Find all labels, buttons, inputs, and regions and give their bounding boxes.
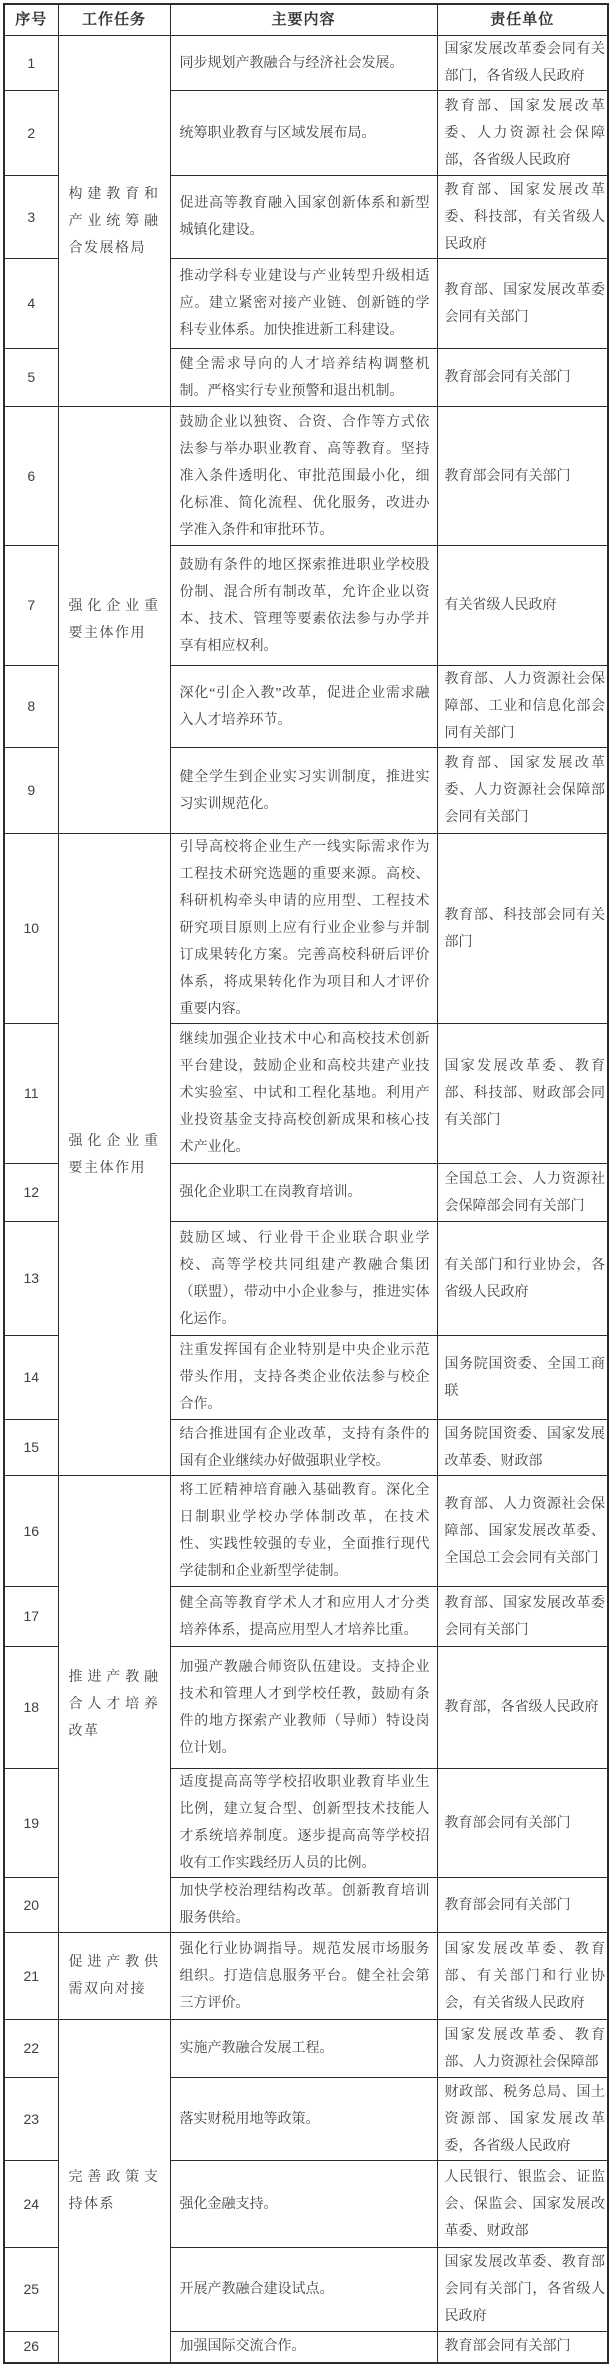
row-content: 鼓励企业以独资、合资、合作等方式依法参与举办职业教育、高等教育。坚持准入条件透明…	[170, 407, 437, 546]
row-number: 23	[4, 2078, 58, 2161]
row-content: 强化企业职工在岗教育培训。	[170, 1164, 437, 1222]
task-group-label: 强化企业重要主体作用	[58, 834, 170, 1476]
row-content: 将工匠精神培育融入基础教育。深化全日制职业学校办学体制改革，在技术性、实践性较强…	[170, 1476, 437, 1587]
header-main-content: 主要内容	[170, 4, 437, 36]
table-row: 6 强化企业重要主体作用 鼓励企业以独资、合资、合作等方式依法参与举办职业教育、…	[4, 407, 608, 546]
row-unit: 教育部、人力资源社会保障部、国家发展改革委、全国总工会会同有关部门	[437, 1476, 608, 1587]
row-number: 19	[4, 1769, 58, 1878]
row-content: 注重发挥国有企业特别是中央企业示范带头作用，支持各类企业依法参与校企合作。	[170, 1336, 437, 1420]
row-content: 健全需求导向的人才培养结构调整机制。严格实行专业预警和退出机制。	[170, 349, 437, 407]
row-number: 16	[4, 1476, 58, 1587]
row-number: 20	[4, 1878, 58, 1933]
row-unit: 教育部、人力资源社会保障部、工业和信息化部会同有关部门	[437, 666, 608, 748]
row-content: 加快学校治理结构改革。创新教育培训服务供给。	[170, 1878, 437, 1933]
row-number: 12	[4, 1164, 58, 1222]
row-content: 健全高等教育学术人才和应用人才分类培养体系，提高应用型人才培养比重。	[170, 1587, 437, 1647]
row-number: 6	[4, 407, 58, 546]
row-content: 统筹职业教育与区域发展布局。	[170, 91, 437, 176]
task-group-label: 完善政策支持体系	[58, 2020, 170, 2363]
task-group-label: 促进产教供需双向对接	[58, 1933, 170, 2020]
row-number: 14	[4, 1336, 58, 1420]
task-group-label: 构建教育和产业统筹融合发展格局	[58, 36, 170, 407]
row-number: 9	[4, 748, 58, 834]
row-number: 1	[4, 36, 58, 91]
row-number: 10	[4, 834, 58, 1024]
table-row: 10 强化企业重要主体作用 引导高校将企业生产一线实际需求作为工程技术研究选题的…	[4, 834, 608, 1024]
header-work-task: 工作任务	[58, 4, 170, 36]
row-content: 强化金融支持。	[170, 2161, 437, 2248]
row-number: 15	[4, 1420, 58, 1476]
row-unit: 国家发展改革委、教育部会同有关部门，各省级人民政府	[437, 2248, 608, 2332]
row-unit: 教育部会同有关部门	[437, 1878, 608, 1933]
row-number: 2	[4, 91, 58, 176]
row-unit: 教育部、国家发展改革委、科技部，有关省级人民政府	[437, 176, 608, 259]
row-content: 鼓励区域、行业骨干企业联合职业学校、高等学校共同组建产教融合集团（联盟），带动中…	[170, 1222, 437, 1336]
row-content: 健全学生到企业实习实训制度，推进实习实训规范化。	[170, 748, 437, 834]
row-content: 结合推进国有企业改革，支持有条件的国有企业继续办好做强职业学校。	[170, 1420, 437, 1476]
row-unit: 人民银行、银监会、证监会、保监会、国家发展改革委、财政部	[437, 2161, 608, 2248]
row-unit: 教育部、国家发展改革委会同有关部门	[437, 259, 608, 349]
task-group-label: 推进产教融合人才培养改革	[58, 1476, 170, 1933]
row-unit: 国务院国资委、全国工商联	[437, 1336, 608, 1420]
table-row: 22 完善政策支持体系 实施产教融合发展工程。 国家发展改革委、教育部、人力资源…	[4, 2020, 608, 2078]
row-content: 加强国际交流合作。	[170, 2332, 437, 2363]
row-number: 17	[4, 1587, 58, 1647]
row-number: 8	[4, 666, 58, 748]
row-content: 推动学科专业建设与产业转型升级相适应。建立紧密对接产业链、创新链的学科专业体系。…	[170, 259, 437, 349]
row-content: 促进高等教育融入国家创新体系和新型城镇化建设。	[170, 176, 437, 259]
row-unit: 国家发展改革委、教育部、有关部门和行业协会，有关省级人民政府	[437, 1933, 608, 2020]
row-number: 21	[4, 1933, 58, 2020]
row-content: 开展产教融合建设试点。	[170, 2248, 437, 2332]
row-content: 继续加强企业技术中心和高校技术创新平台建设，鼓励企业和高校共建产业技术实验室、中…	[170, 1024, 437, 1164]
row-unit: 教育部会同有关部门	[437, 349, 608, 407]
row-unit: 国家发展改革委、教育部、人力资源社会保障部	[437, 2020, 608, 2078]
row-content: 深化“引企入教”改革，促进企业需求融入人才培养环节。	[170, 666, 437, 748]
row-unit: 教育部会同有关部门	[437, 2332, 608, 2363]
row-content: 适度提高高等学校招收职业教育毕业生比例，建立复合型、创新型技术技能人才系统培养制…	[170, 1769, 437, 1878]
row-unit: 教育部、科技部会同有关部门	[437, 834, 608, 1024]
row-number: 3	[4, 176, 58, 259]
row-unit: 教育部会同有关部门	[437, 1769, 608, 1878]
row-number: 24	[4, 2161, 58, 2248]
row-unit: 教育部，各省级人民政府	[437, 1647, 608, 1769]
row-number: 25	[4, 2248, 58, 2332]
row-number: 18	[4, 1647, 58, 1769]
document-page: 序号 工作任务 主要内容 责任单位 1 构建教育和产业统筹融合发展格局 同步规划…	[0, 0, 610, 2364]
task-division-table: 序号 工作任务 主要内容 责任单位 1 构建教育和产业统筹融合发展格局 同步规划…	[3, 3, 609, 2364]
table-row: 21 促进产教供需双向对接 强化行业协调指导。规范发展市场服务组织。打造信息服务…	[4, 1933, 608, 2020]
table-header-row: 序号 工作任务 主要内容 责任单位	[4, 4, 608, 36]
row-unit: 全国总工会、人力资源社会保障部会同有关部门	[437, 1164, 608, 1222]
row-number: 5	[4, 349, 58, 407]
row-unit: 国务院国资委、国家发展改革委、财政部	[437, 1420, 608, 1476]
row-content: 实施产教融合发展工程。	[170, 2020, 437, 2078]
header-responsible-unit: 责任单位	[437, 4, 608, 36]
row-unit: 国家发展改革委、教育部、科技部、财政部会同有关部门	[437, 1024, 608, 1164]
row-number: 4	[4, 259, 58, 349]
row-content: 同步规划产教融合与经济社会发展。	[170, 36, 437, 91]
row-content: 鼓励有条件的地区探索推进职业学校股份制、混合所有制改革，允许企业以资本、技术、管…	[170, 546, 437, 666]
row-unit: 教育部、国家发展改革委会同有关部门	[437, 1587, 608, 1647]
row-unit: 教育部会同有关部门	[437, 407, 608, 546]
row-number: 11	[4, 1024, 58, 1164]
row-content: 强化行业协调指导。规范发展市场服务组织。打造信息服务平台。健全社会第三方评价。	[170, 1933, 437, 2020]
row-unit: 有关省级人民政府	[437, 546, 608, 666]
row-unit: 国家发展改革委会同有关部门，各省级人民政府	[437, 36, 608, 91]
row-number: 7	[4, 546, 58, 666]
table-row: 16 推进产教融合人才培养改革 将工匠精神培育融入基础教育。深化全日制职业学校办…	[4, 1476, 608, 1587]
task-group-label: 强化企业重要主体作用	[58, 407, 170, 834]
row-unit: 教育部、国家发展改革委、人力资源社会保障部，各省级人民政府	[437, 91, 608, 176]
row-number: 22	[4, 2020, 58, 2078]
header-serial-number: 序号	[4, 4, 58, 36]
row-content: 落实财税用地等政策。	[170, 2078, 437, 2161]
row-number: 26	[4, 2332, 58, 2363]
row-content: 加强产教融合师资队伍建设。支持企业技术和管理人才到学校任教，鼓励有条件的地方探索…	[170, 1647, 437, 1769]
row-number: 13	[4, 1222, 58, 1336]
row-content: 引导高校将企业生产一线实际需求作为工程技术研究选题的重要来源。高校、科研机构牵头…	[170, 834, 437, 1024]
row-unit: 财政部、税务总局、国土资源部、国家发展改革委，各省级人民政府	[437, 2078, 608, 2161]
table-row: 1 构建教育和产业统筹融合发展格局 同步规划产教融合与经济社会发展。 国家发展改…	[4, 36, 608, 91]
row-unit: 教育部、国家发展改革委、人力资源社会保障部会同有关部门	[437, 748, 608, 834]
row-unit: 有关部门和行业协会，各省级人民政府	[437, 1222, 608, 1336]
